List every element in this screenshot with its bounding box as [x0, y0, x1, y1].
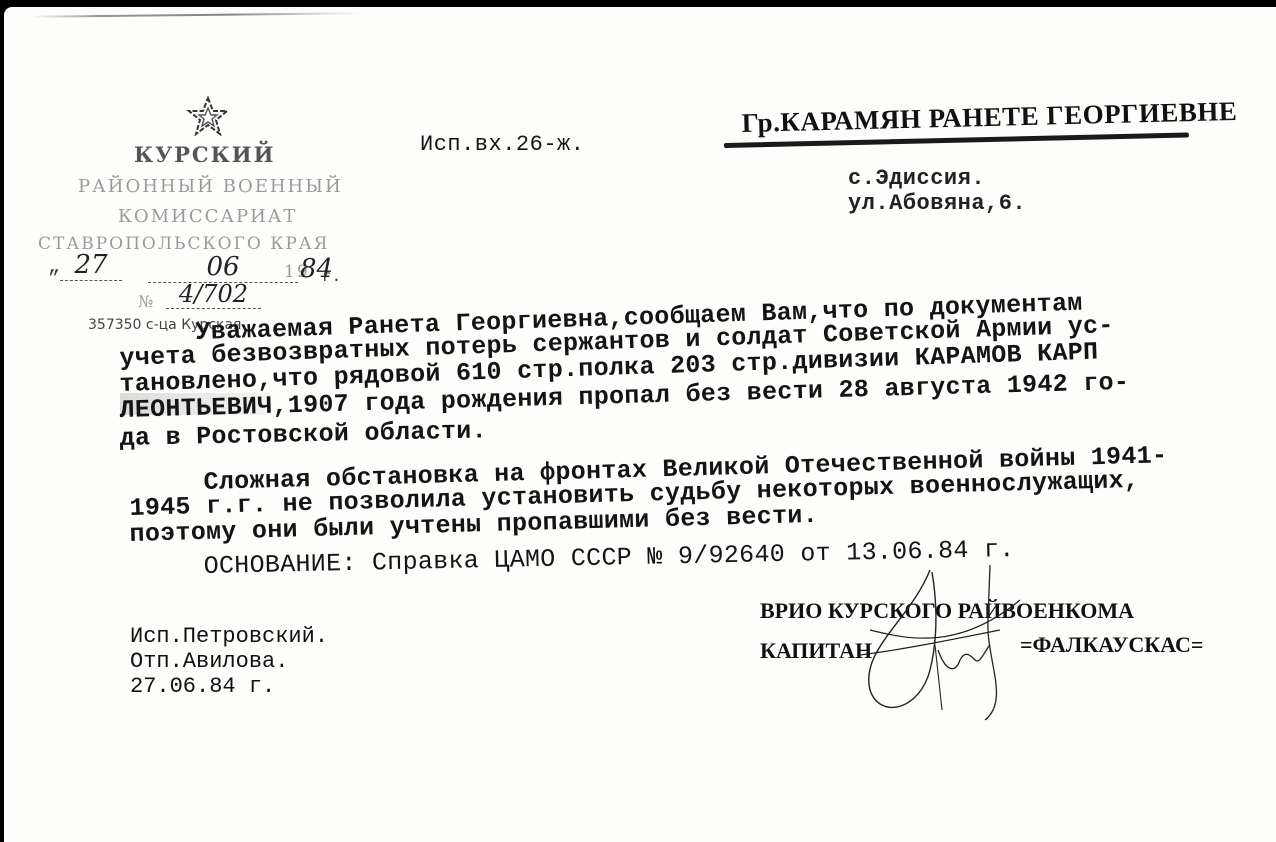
stamp-line-3: КОМИССАРИАТ	[118, 206, 297, 227]
typist: Отп.Авилова.	[130, 649, 288, 674]
recipient-address-village: с.Эдиссия.	[848, 166, 985, 191]
footer-date: 27.06.84 г.	[130, 674, 275, 699]
date-open-quote: „	[48, 256, 60, 279]
star-icon	[186, 96, 230, 136]
stamp-number: 4/702	[166, 280, 261, 309]
stamp-date-day: 27	[60, 250, 122, 281]
stamp-number-prefix: №	[138, 292, 155, 311]
recipient-address-street: ул.Абовяна,6.	[848, 191, 1026, 216]
scan-artifact-corner	[1252, 0, 1276, 4]
stamp-date-suffix: г.	[322, 268, 341, 286]
executor: Исп.Петровский.	[130, 624, 328, 649]
stamp-date-month: 06	[148, 252, 298, 283]
stamp-line-2: РАЙОННЫЙ ВОЕННЫЙ	[78, 176, 343, 197]
stamp-line-1: КУРСКИЙ	[134, 142, 275, 167]
handwritten-signature	[850, 560, 1040, 730]
incoming-reference: Исп.вх.26-ж.	[420, 132, 584, 157]
signatory-name: =ФАЛКАУСКАС=	[1020, 632, 1203, 658]
